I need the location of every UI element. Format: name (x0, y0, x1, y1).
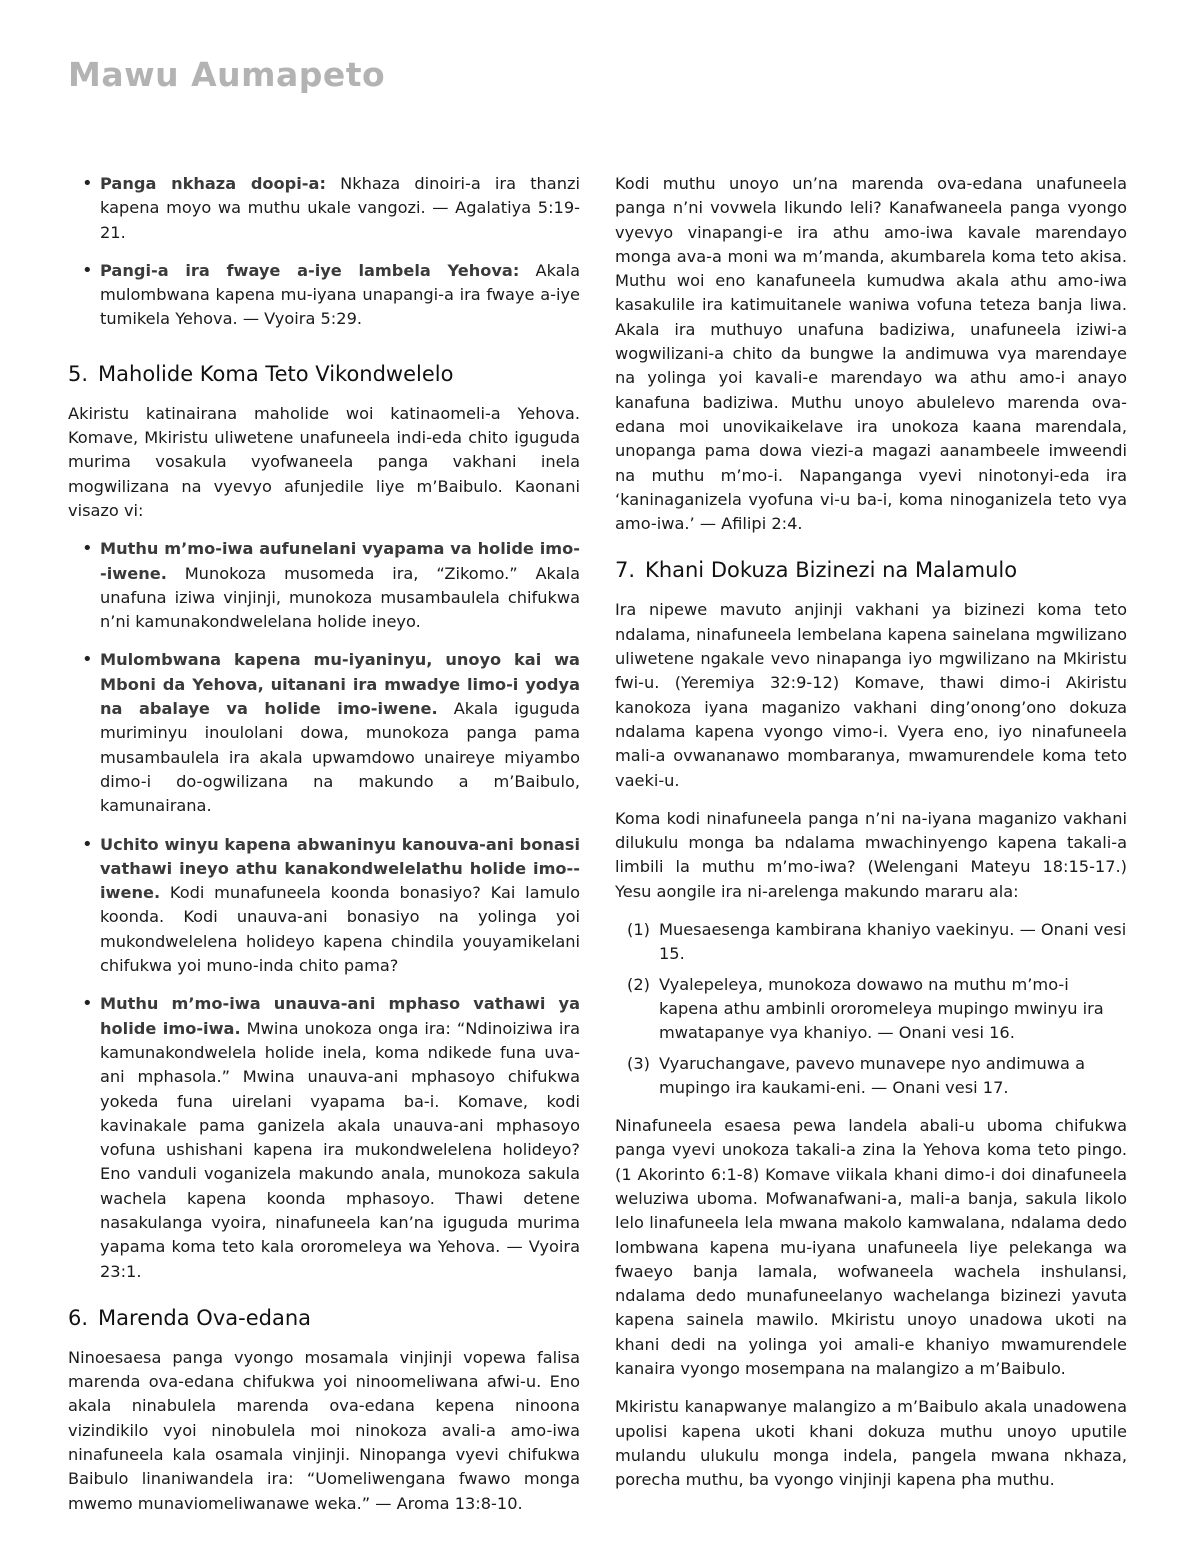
section-7-closing-paragraph: Ninafuneela esaesa pewa landela abali-u … (615, 1114, 1127, 1381)
section-7-heading: 7.Khani Dokuza Bizinezi na Malamulo (615, 556, 1127, 584)
section-title: Marenda Ova-edana (98, 1306, 311, 1330)
section-number: 7. (615, 558, 635, 582)
step-item: (3)Vyaruchangave, pavevo munavepe nyo an… (627, 1052, 1127, 1101)
bullet-item: Muthu m’mo-iwa aufunelani vyapama va hol… (68, 537, 580, 634)
bullet-text: Kodi munafuneela koonda bonasiyo? Kai la… (100, 883, 580, 975)
steps-list: (1)Muesaesenga kambirana khaniyo vaekiny… (615, 918, 1127, 1100)
section-number: 6. (68, 1306, 88, 1330)
section-7-closing-paragraph: Mkiristu kanapwanye malangizo a m’Baibul… (615, 1395, 1127, 1492)
step-text: Muesaesenga kambirana khaniyo vaekinyu. … (659, 920, 1126, 963)
step-item: (1)Muesaesenga kambirana khaniyo vaekiny… (627, 918, 1127, 967)
bullet-item: Uchito winyu kapena abwaninyu kanouva-an… (68, 833, 580, 979)
bullet-lead: Pangi-a ira fwaye a-iye lambela Yehova: (100, 261, 519, 280)
bullet-item: Muthu m’mo-iwa unauva-ani mphaso vathawi… (68, 992, 580, 1284)
section-6-paragraph: Ninoesaesa panga vyongo mosamala vinjinj… (68, 1346, 580, 1516)
step-number: (3) (627, 1052, 650, 1076)
bullet-text: Mwina unokoza onga ira: “Ndinoiziwa ira … (100, 1019, 580, 1281)
section-5-intro: Akiristu katinairana maholide woi katina… (68, 402, 580, 523)
bullet-text: Munokoza musomeda ira, “Zikomo.” Akala u… (100, 564, 580, 632)
bullet-lead: Panga nkhaza doopi-a: (100, 174, 326, 193)
section-5-bullet-list: Muthu m’mo-iwa aufunelani vyapama va hol… (68, 537, 580, 1284)
section-7-paragraph: Koma kodi ninafuneela panga n’ni na-iyan… (615, 807, 1127, 904)
step-number: (2) (627, 973, 650, 997)
step-text: Vyalepeleya, munokoza dowawo na muthu m’… (659, 975, 1104, 1043)
right-column: Kodi muthu unoyo un’na marenda ova-edana… (615, 172, 1127, 1507)
section-7-paragraph: Ira nipewe mavuto anjinji vakhani ya biz… (615, 598, 1127, 792)
bullet-item: Mulombwana kapena mu-iyaninyu, unoyo kai… (68, 648, 580, 818)
step-number: (1) (627, 918, 650, 942)
section-5-heading: 5.Maholide Koma Teto Vikondwelelo (68, 360, 580, 388)
intro-bullet-list: Panga nkhaza doopi-a: Nkhaza dinoiri-a i… (68, 172, 580, 332)
section-6-continued-paragraph: Kodi muthu unoyo un’na marenda ova-edana… (615, 172, 1127, 536)
section-number: 5. (68, 362, 88, 386)
step-item: (2)Vyalepeleya, munokoza dowawo na muthu… (627, 973, 1127, 1046)
step-text: Vyaruchangave, pavevo munavepe nyo andim… (659, 1054, 1085, 1097)
bullet-item: Panga nkhaza doopi-a: Nkhaza dinoiri-a i… (68, 172, 580, 245)
left-column: Panga nkhaza doopi-a: Nkhaza dinoiri-a i… (68, 172, 580, 1530)
bullet-item: Pangi-a ira fwaye a-iye lambela Yehova: … (68, 259, 580, 332)
section-title: Maholide Koma Teto Vikondwelelo (98, 362, 453, 386)
page-title: Mawu Aumapeto (68, 55, 385, 94)
section-title: Khani Dokuza Bizinezi na Malamulo (645, 558, 1017, 582)
section-6-heading: 6.Marenda Ova-edana (68, 1304, 580, 1332)
